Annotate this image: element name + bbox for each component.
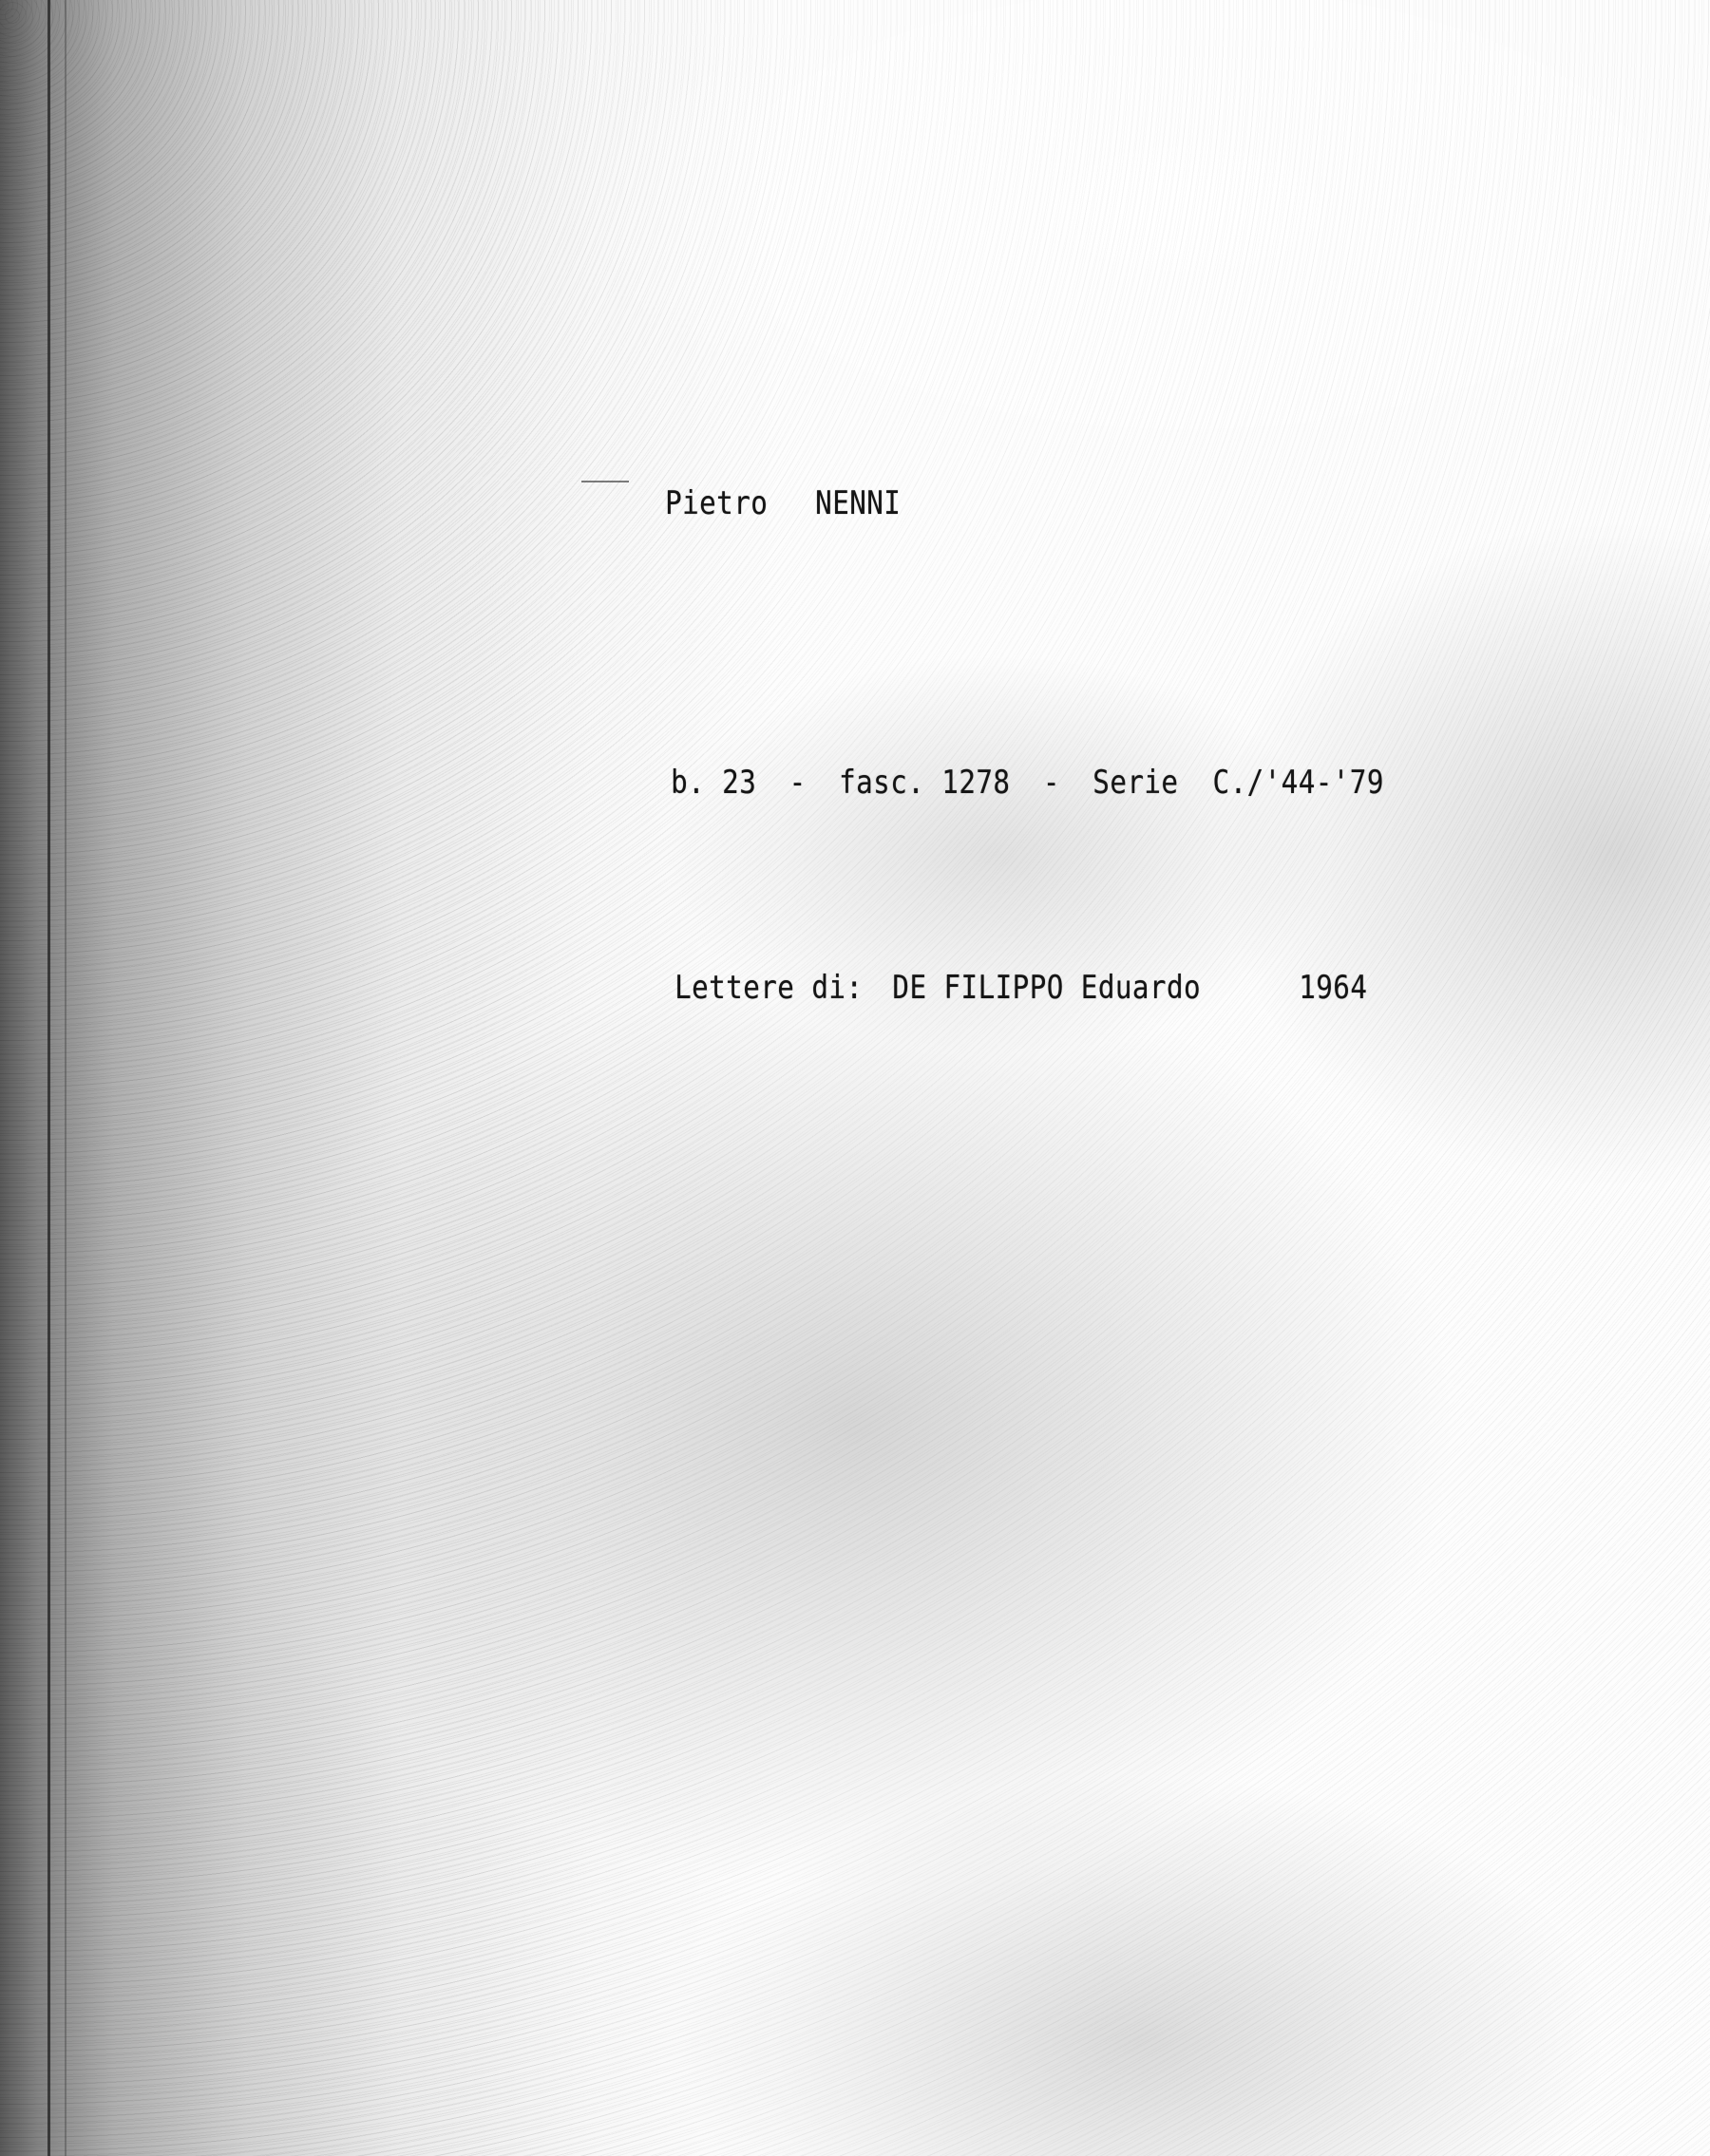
letters-year: 1964 [1299,969,1367,1007]
toner-blotch [0,0,1710,2156]
author-last-name: NENNI [815,484,901,522]
toner-blotch [0,0,1710,2156]
author-line: PietroNENNI [631,446,901,522]
toner-blotch [0,0,1710,2156]
toner-blotch [0,0,1710,2156]
fascicolo-number: fasc. 1278 [839,764,1010,802]
scan-shadow-left [0,0,1710,2156]
archive-reference-line: b. 23-fasc. 1278-Serie C./'44-'79 [636,726,1384,802]
binding-edge-line [47,0,50,2156]
serie-reference: Serie C./'44-'79 [1092,764,1384,802]
correspondent-name: DE FILIPPO Eduardo [892,969,1201,1007]
busta-number: b. 23 [671,764,756,802]
letters-line: Lettere di:DE FILIPPO Eduardo1964 [640,931,1367,1007]
scan-clear-area [0,0,1710,2156]
letters-label: Lettere di: [674,969,863,1007]
photocopy-grain [0,0,1710,2156]
binding-edge-line [65,0,66,2156]
pen-mark [581,481,629,482]
separator: - [1043,764,1060,802]
author-first-name: Pietro [665,484,768,522]
separator: - [789,764,807,802]
